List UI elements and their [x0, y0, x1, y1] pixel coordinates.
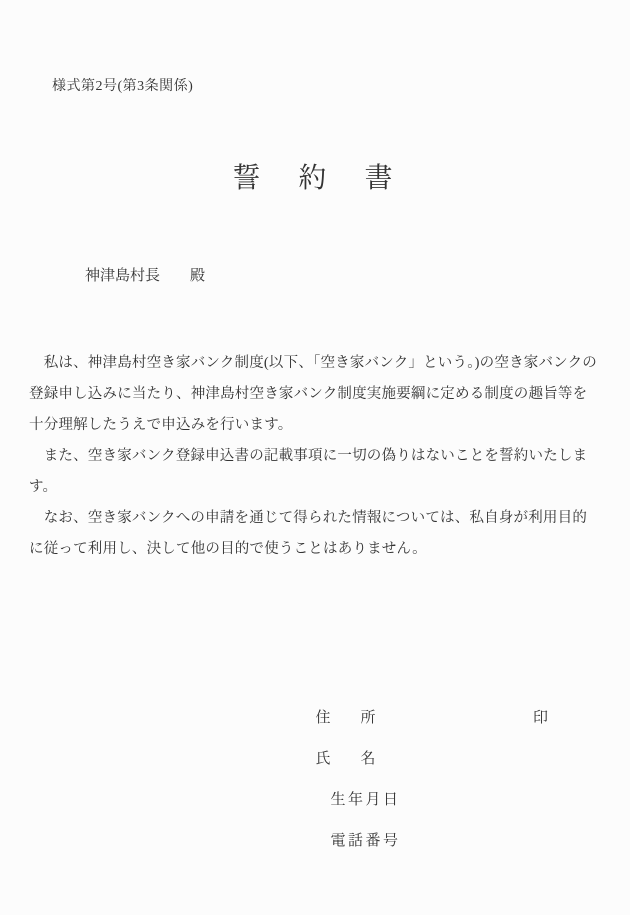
signature-block: 住 所 氏 名 印 生年月日 電話番号 — [293, 657, 593, 821]
addressee-line: 神津島村長 殿 — [85, 264, 205, 285]
body-line-6: なお、空き家バンクへの申請を通じて得られた情報については、私自身が利用目的 — [29, 503, 597, 534]
body-line-5: す。 — [29, 472, 597, 503]
address-field-row: 住 所 — [293, 657, 593, 698]
body-line-1: 私は、神津島村空き家バンク制度(以下、「空き家バンク」という。)の空き家バンクの — [29, 348, 597, 379]
form-number-label: 様式第2号(第3条関係) — [52, 75, 193, 95]
body-line-4: また、空き家バンク登録申込書の記載事項に一切の偽りはないことを誓約いたしま — [29, 441, 597, 472]
seal-label: 印 — [533, 698, 548, 739]
body-line-2: 登録申し込みに当たり、神津島村空き家バンク制度実施要綱に定める制度の趣旨等を — [29, 379, 597, 410]
body-line-3: 十分理解したうえで申込みを行います。 — [29, 410, 597, 441]
phone-label: 電話番号 — [331, 833, 401, 849]
name-field-row: 氏 名 印 — [293, 698, 593, 739]
birthdate-field-row: 生年月日 — [293, 739, 593, 780]
pledge-document-page: 様式第2号(第3条関係) 誓 約 書 神津島村長 殿 私は、神津島村空き家バンク… — [0, 0, 630, 915]
body-line-7: に従って利用し、決して他の目的で使うことはありません。 — [29, 534, 597, 565]
document-title: 誓 約 書 — [0, 156, 630, 196]
pledge-body: 私は、神津島村空き家バンク制度(以下、「空き家バンク」という。)の空き家バンクの… — [29, 348, 597, 565]
phone-field-row: 電話番号 — [293, 780, 593, 821]
